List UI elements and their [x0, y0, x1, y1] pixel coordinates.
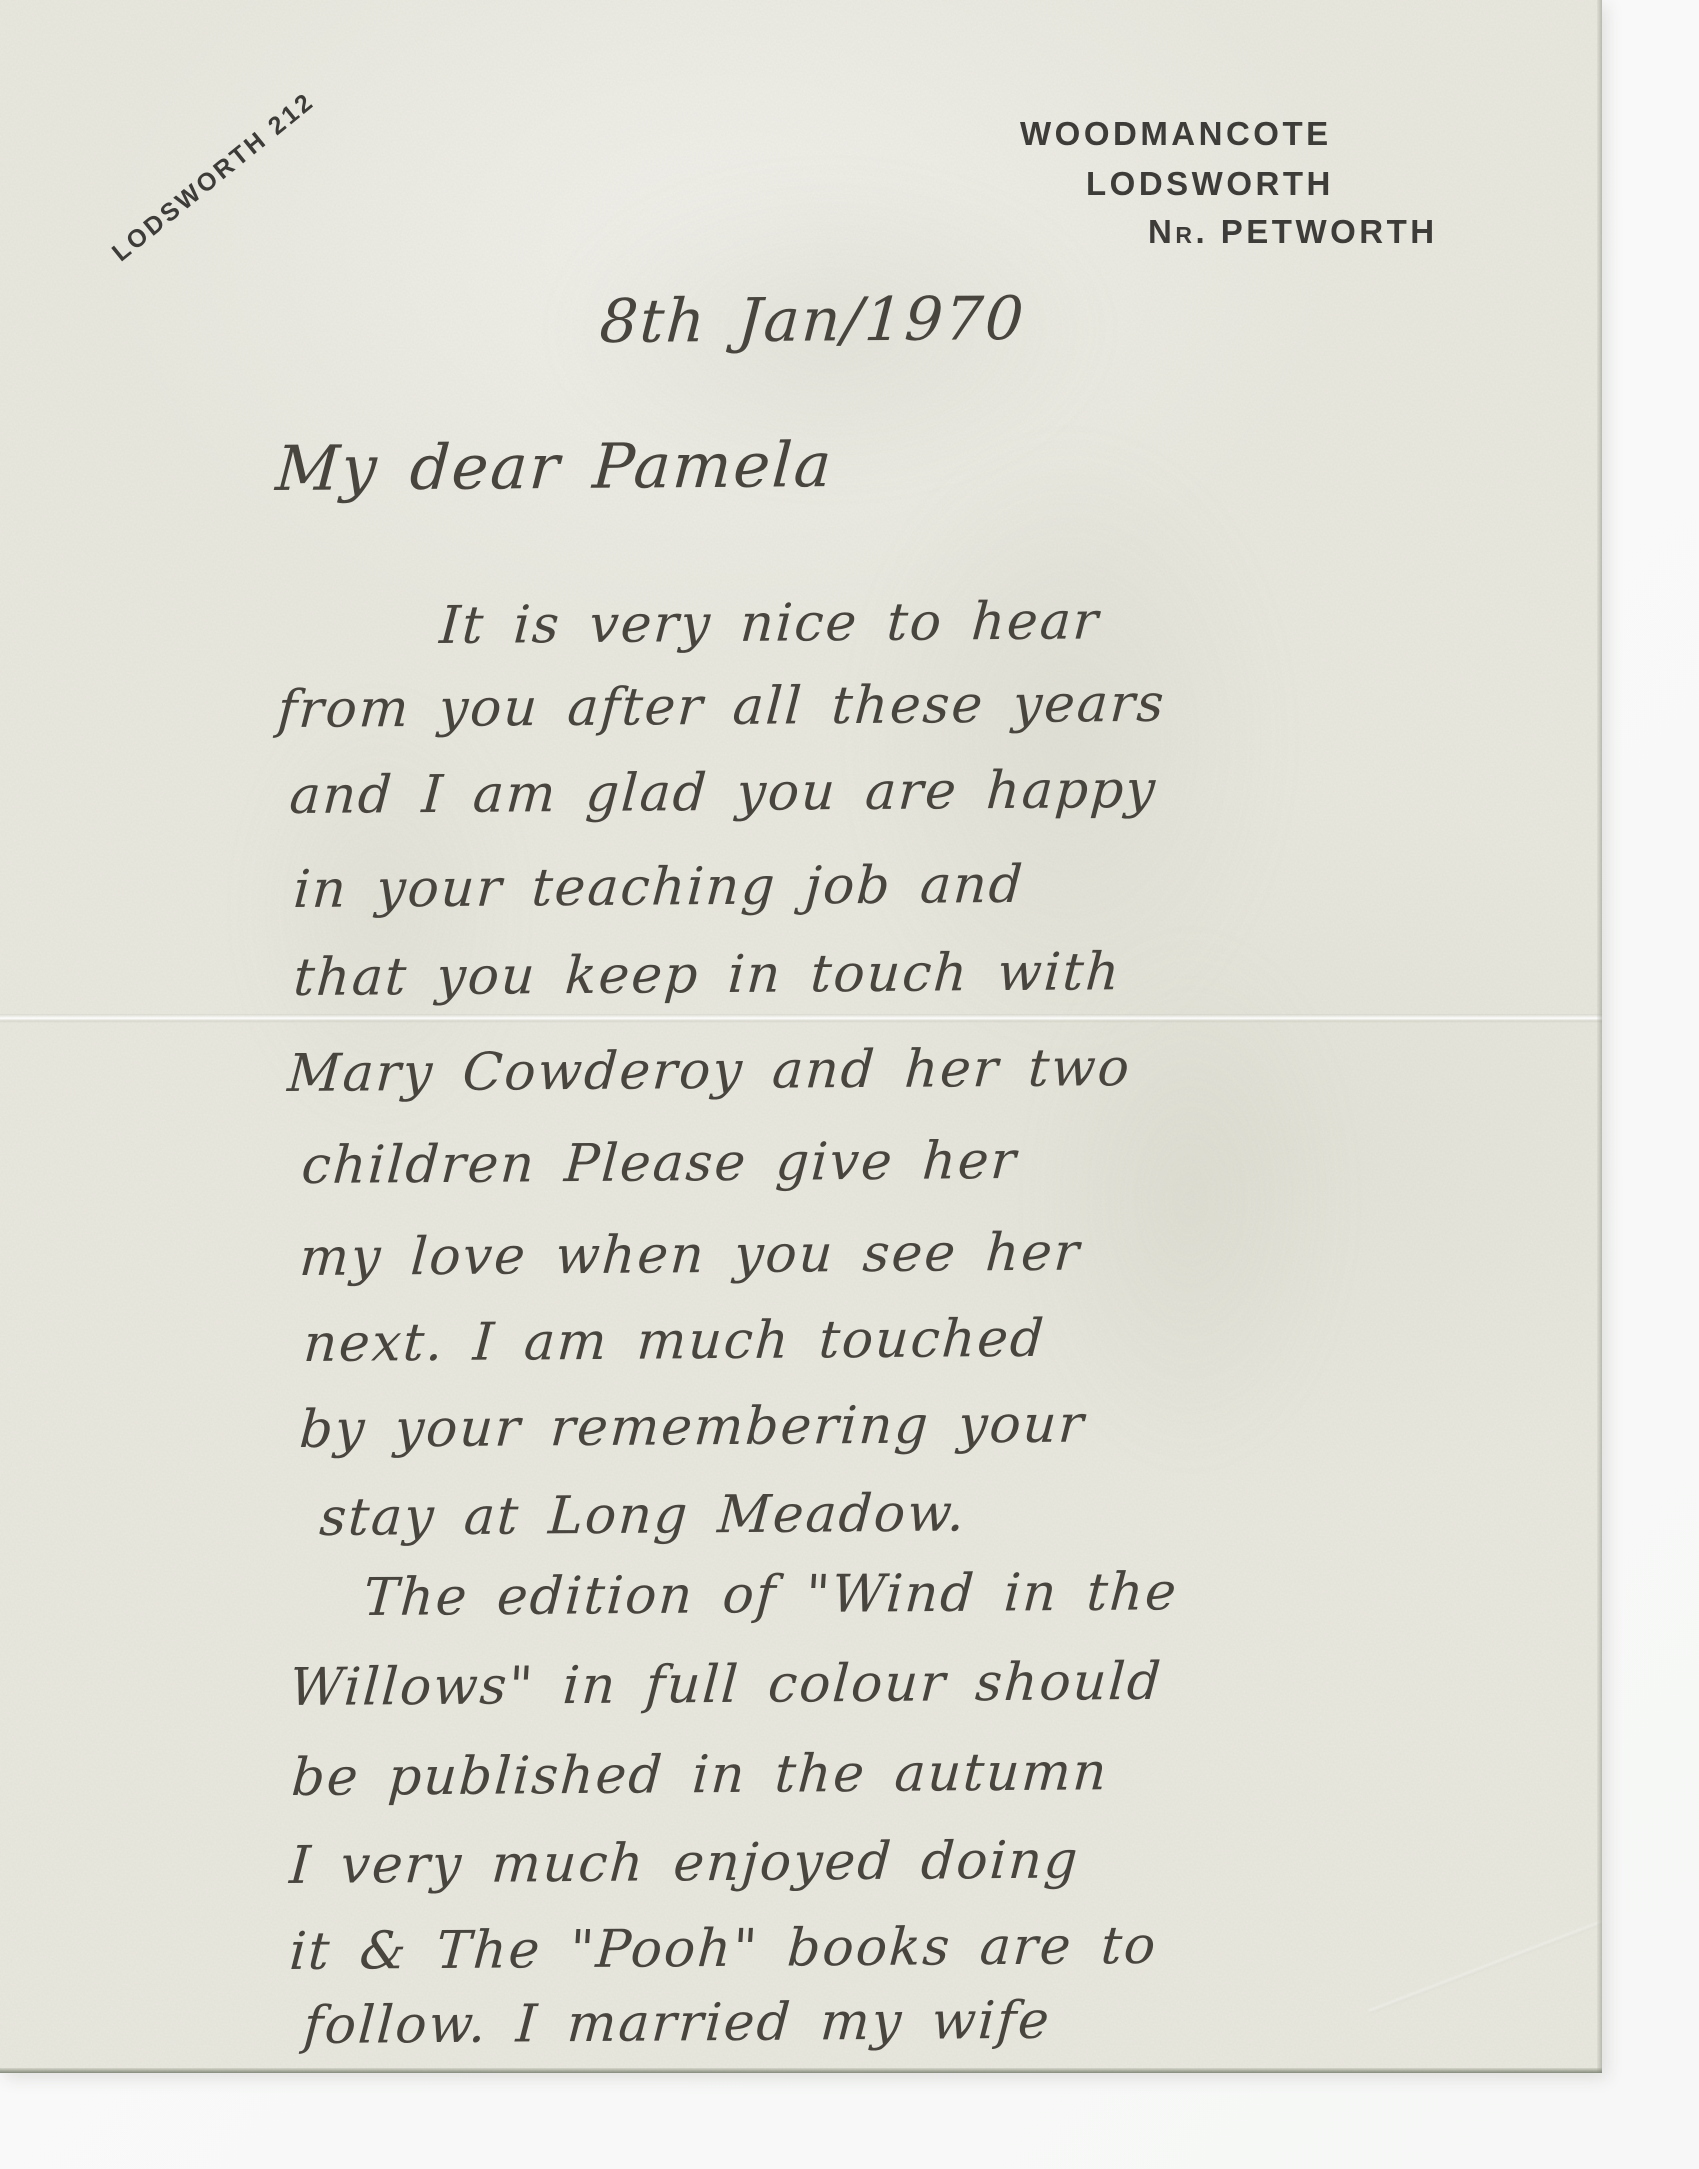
letter-line: Willows" in full colour should [288, 1656, 1164, 1714]
letter-line: be published in the autumn [290, 1746, 1110, 1804]
letter-line: Mary Cowderoy and her two [286, 1042, 1133, 1100]
letterhead-phone: LODSWORTH 212 [107, 87, 321, 268]
letterhead-address-line-3: Nr. PETWORTH [1148, 213, 1438, 251]
paper-bottom-edge [0, 2068, 1602, 2073]
letter-line: it & The "Pooh" books are to [288, 1920, 1159, 1978]
letterhead-address-line-1: WOODMANCOTE [1020, 115, 1332, 153]
letter-line: The edition of "Wind in the [362, 1566, 1180, 1624]
letter-line: and I am glad you are happy [288, 764, 1159, 822]
letter-line: next. I am much touched [302, 1313, 1047, 1370]
letter-line: that you keep in touch with [292, 946, 1123, 1004]
letter-paper: LODSWORTH 212 WOODMANCOTE LODSWORTH Nr. … [0, 0, 1602, 2073]
letter-salutation: My dear Pamela [274, 434, 835, 500]
letter-line: children Please give her [300, 1135, 1019, 1192]
horizontal-fold-crease [0, 1014, 1602, 1023]
letter-date: 8th Jan/1970 [598, 289, 1027, 352]
letter-line: from you after all these years [276, 678, 1167, 736]
corner-fold-crease [1368, 1914, 1602, 2014]
letter-line: in your teaching job and [292, 859, 1026, 916]
letter-line: I very much enjoyed doing [288, 1834, 1081, 1892]
scanner-background: LODSWORTH 212 WOODMANCOTE LODSWORTH Nr. … [0, 0, 1699, 2169]
letterhead-address-line-2: LODSWORTH [1086, 165, 1334, 203]
letter-line: my love when you see her [298, 1227, 1082, 1284]
letter-line: It is very nice to hear [438, 595, 1101, 652]
letter-line: follow. I married my wife [302, 1995, 1052, 2052]
letter-line: stay at Long Meadow. [318, 1487, 968, 1544]
paper-right-edge [1597, 0, 1602, 2073]
letter-line: by your remembering your [298, 1398, 1087, 1456]
